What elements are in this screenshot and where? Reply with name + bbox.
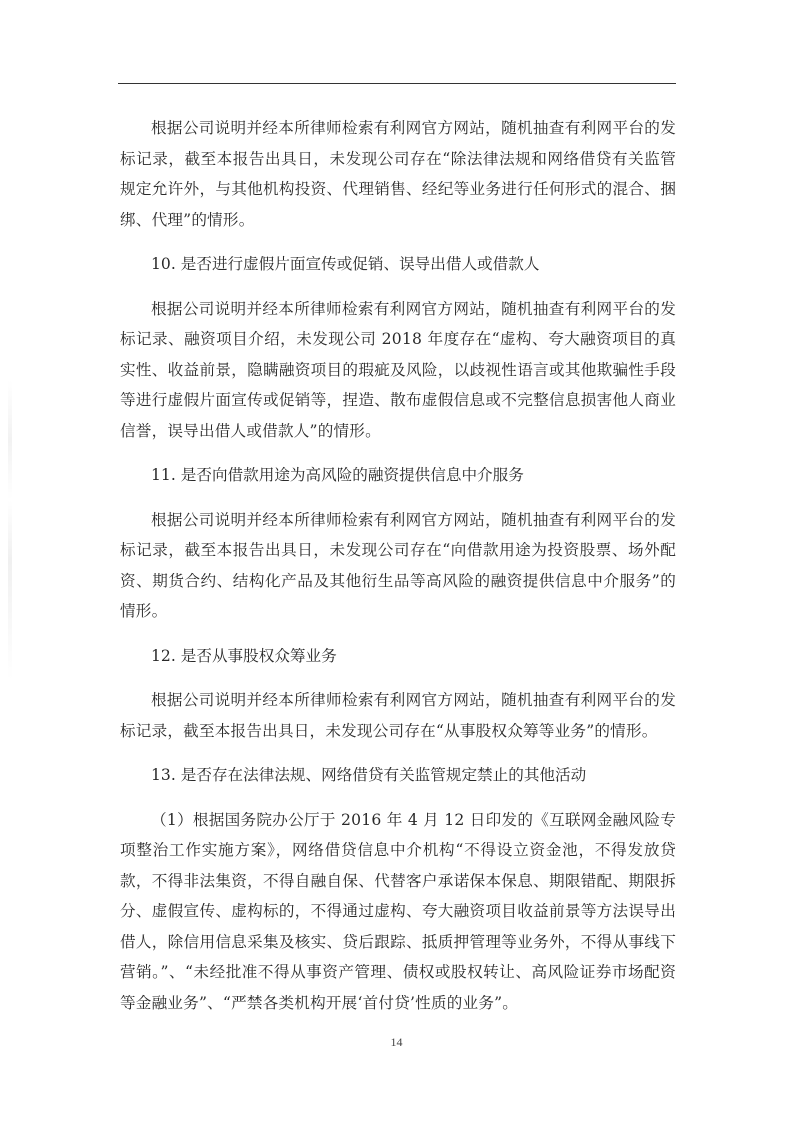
document-body: 根据公司说明并经本所律师检索有利网官方网站，随机抽查有利网平台的发标记录，截至本…	[120, 113, 676, 1032]
header-rule	[118, 83, 676, 84]
heading-item-12: 12. 是否从事股权众筹业务	[120, 641, 676, 672]
paragraph-equity-crowdfunding: 根据公司说明并经本所律师检索有利网官方网站，随机抽查有利网平台的发标记录，截至本…	[120, 685, 676, 746]
scan-artifact	[8, 380, 12, 680]
heading-item-10: 10. 是否进行虚假片面宣传或促销、误导出借人或借款人	[120, 249, 676, 280]
paragraph-high-risk-financing: 根据公司说明并经本所律师检索有利网官方网站，随机抽查有利网平台的发标记录，截至本…	[120, 505, 676, 627]
paragraph-prohibited-activities: （1）根据国务院办公厅于 2016 年 4 月 12 日印发的《互联网金融风险专…	[120, 805, 676, 1019]
heading-item-13: 13. 是否存在法律法规、网络借贷有关监管规定禁止的其他活动	[120, 760, 676, 791]
paragraph-false-promotion: 根据公司说明并经本所律师检索有利网官方网站，随机抽查有利网平台的发标记录、融资项…	[120, 294, 676, 447]
heading-item-11: 11. 是否向借款用途为高风险的融资提供信息中介服务	[120, 460, 676, 491]
paragraph-combined-business: 根据公司说明并经本所律师检索有利网官方网站，随机抽查有利网平台的发标记录，截至本…	[120, 113, 676, 235]
page-number: 14	[0, 1035, 793, 1050]
